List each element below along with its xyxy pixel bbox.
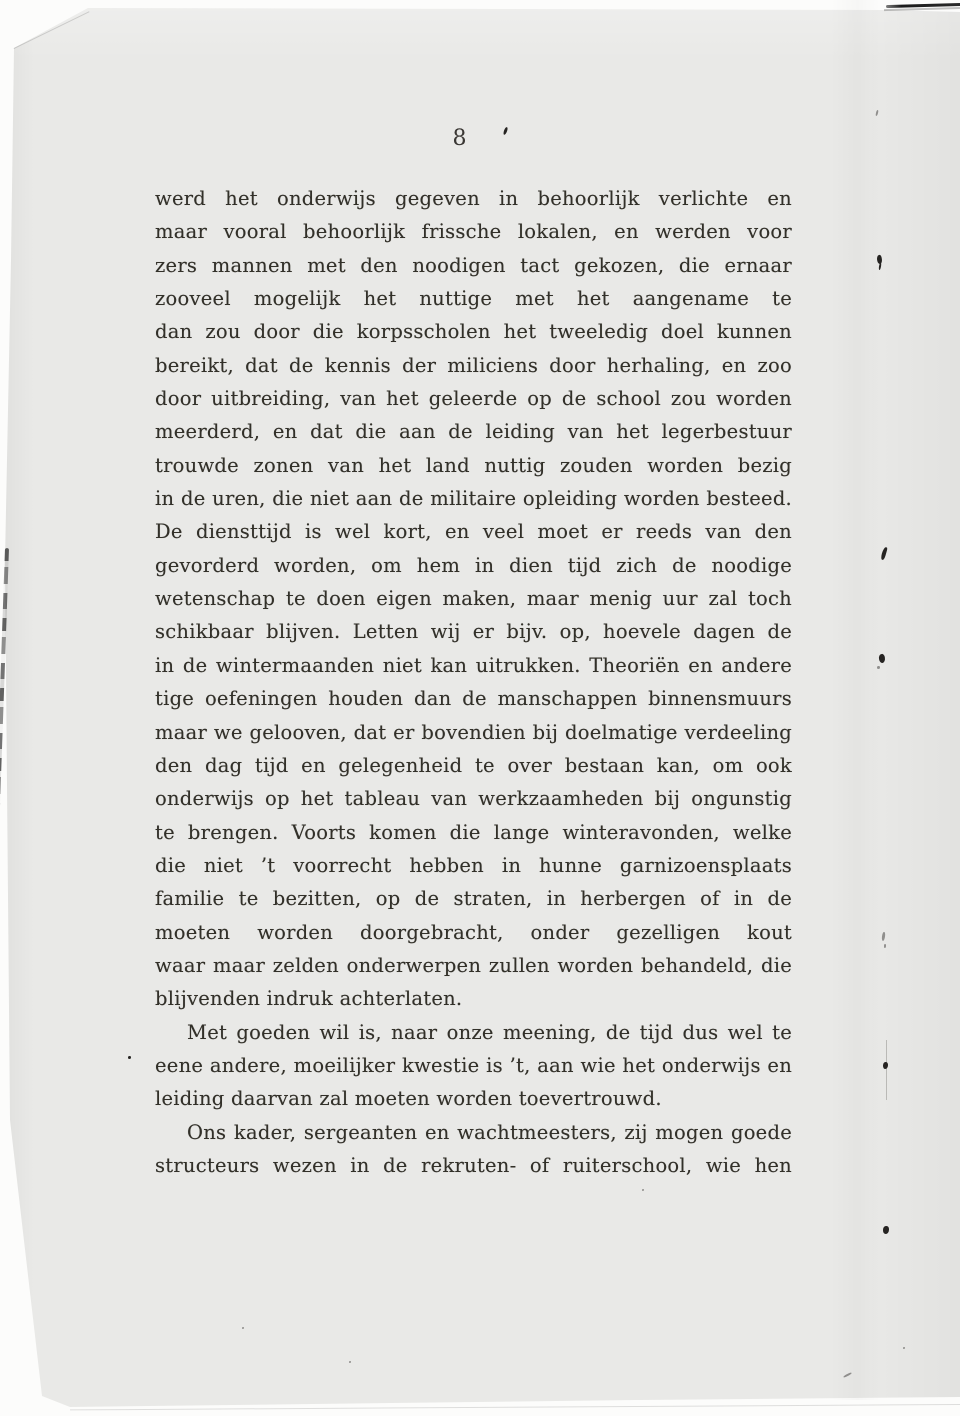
text-line: door uitbreiding, van het geleerde op de… <box>155 382 792 415</box>
ink-scratch <box>886 1040 887 1100</box>
text-line: structeurs wezen in de rekruten- of ruit… <box>155 1149 792 1182</box>
text-line: familie te bezitten, op de straten, in h… <box>155 882 792 915</box>
text-line: moeten worden doorgebracht, onder gezell… <box>155 916 792 949</box>
page-number: 8 <box>430 126 490 151</box>
text-line: werd het onderwijs gegeven in behoorlijk… <box>155 182 792 215</box>
text-line: waar maar zelden onderwerpen zullen word… <box>155 949 792 982</box>
text-line: die niet ’t voorrecht hebben in hunne ga… <box>155 849 792 882</box>
text-line: in de uren, die niet aan de militaire op… <box>155 482 792 515</box>
text-line: wetenschap te doen eigen maken, maar men… <box>155 582 792 615</box>
scanned-book-page: 8 werd het onderwijs gegeven in behoorli… <box>0 0 960 1416</box>
text-line: bereikt, dat de kennis der miliciens doo… <box>155 349 792 382</box>
text-line: dan zou door die korpsscholen het tweele… <box>155 315 792 348</box>
text-line: te brengen. Voorts komen die lange winte… <box>155 816 792 849</box>
text-line: leiding daarvan zal moeten worden toever… <box>155 1082 792 1115</box>
text-line: in de wintermaanden niet kan uitrukken. … <box>155 649 792 682</box>
text-line: tige oefeningen houden dan de manschappe… <box>155 682 792 715</box>
text-line: meerderd, en dat die aan de leiding van … <box>155 415 792 448</box>
text-line: blijvenden indruk achterlaten. <box>155 982 792 1015</box>
text-line: Met goeden wil is, naar onze meening, de… <box>155 1016 792 1049</box>
text-line: Ons kader, sergeanten en wachtmeesters, … <box>155 1116 792 1149</box>
text-line: onderwijs op het tableau van werkzaamhed… <box>155 782 792 815</box>
text-line: den dag tijd en gelegenheid te over best… <box>155 749 792 782</box>
text-line: gevorderd worden, om hem in dien tijd zi… <box>155 549 792 582</box>
text-line: zooveel mogelijk het nuttige met het aan… <box>155 282 792 315</box>
text-line: maar vooral behoorlijk frissche lokalen,… <box>155 215 792 248</box>
body-text: werd het onderwijs gegeven in behoorlijk… <box>155 182 792 1182</box>
text-line: De diensttijd is wel kort, en veel moet … <box>155 515 792 548</box>
text-line: schikbaar blijven. Letten wij er bijv. o… <box>155 615 792 648</box>
text-line: eene andere, moeilijker kwestie is ’t, a… <box>155 1049 792 1082</box>
text-line: trouwde zonen van het land nuttig zouden… <box>155 449 792 482</box>
text-line: zers mannen met den noodigen tact gekoze… <box>155 249 792 282</box>
text-line: maar we gelooven, dat er bovendien bij d… <box>155 716 792 749</box>
